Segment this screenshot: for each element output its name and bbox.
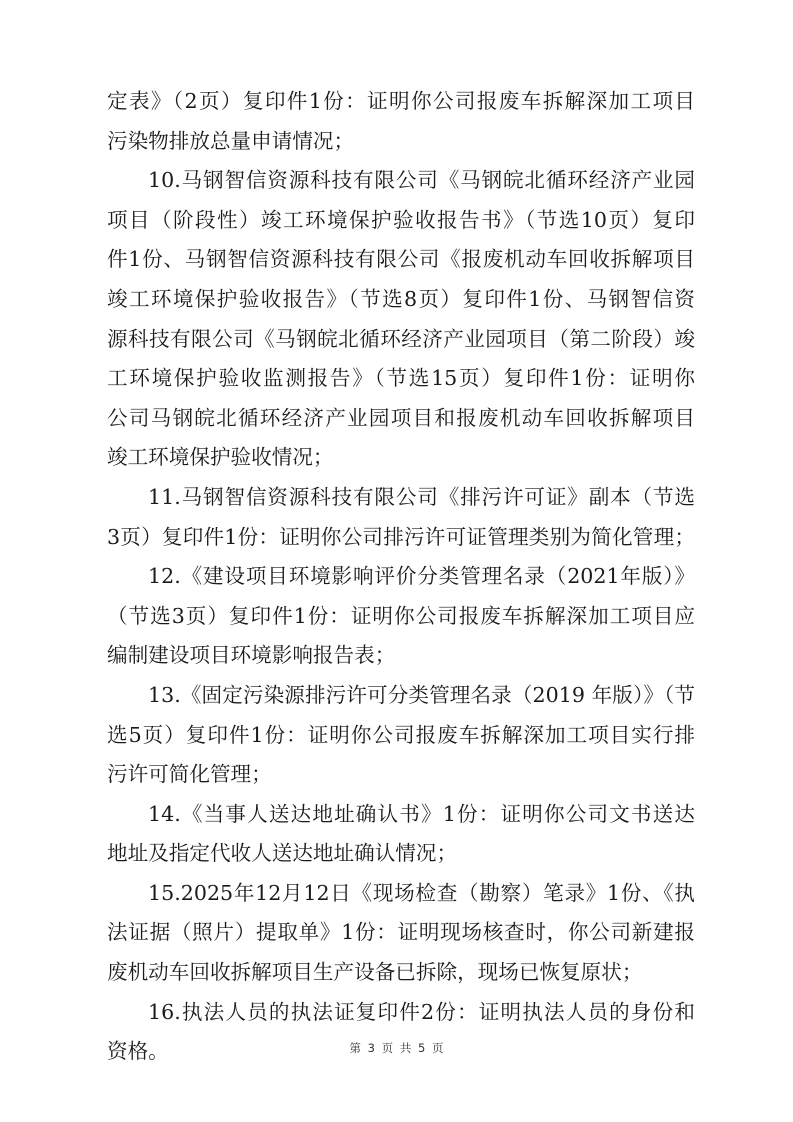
text-line: 污许可简化管理； <box>107 755 695 795</box>
text-line-item-13: 13.《固定污染源排污许可分类管理名录（2019 年版）》（节 <box>107 676 695 716</box>
text-line: 源科技有限公司《马钢皖北循环经济产业园项目（第二阶段）竣 <box>107 320 695 360</box>
document-body: 定表》（2页）复印件1份：证明你公司报废车拆解深加工项目 污染物排放总量申请情况… <box>107 82 695 1072</box>
text-line-item-14: 14.《当事人送达地址确认书》1份：证明你公司文书送达 <box>107 795 695 835</box>
text-line: 地址及指定代收人送达地址确认情况； <box>107 834 695 874</box>
page-number-footer: 第 3 页 共 5 页 <box>0 1040 793 1056</box>
text-line: 废机动车回收拆解项目生产设备已拆除，现场已恢复原状； <box>107 953 695 993</box>
text-line: 法证据（照片）提取单》1份：证明现场核查时，你公司新建报 <box>107 913 695 953</box>
text-line: （节选3页）复印件1份：证明你公司报废车拆解深加工项目应 <box>107 597 695 637</box>
text-line-item-15: 15.2025年12月12日《现场检查（勘察）笔录》1份、《执 <box>107 874 695 914</box>
text-line: 竣工环境保护验收情况； <box>107 438 695 478</box>
text-line: 工环境保护验收监测报告》（节选15页）复印件1份：证明你 <box>107 359 695 399</box>
text-line: 编制建设项目环境影响报告表； <box>107 636 695 676</box>
document-page: 定表》（2页）复印件1份：证明你公司报废车拆解深加工项目 污染物排放总量申请情况… <box>0 0 793 1122</box>
text-line: 3页）复印件1份：证明你公司排污许可证管理类别为简化管理； <box>107 518 695 558</box>
text-line: 公司马钢皖北循环经济产业园项目和报废机动车回收拆解项目 <box>107 399 695 439</box>
text-line: 件1份、马钢智信资源科技有限公司《报废机动车回收拆解项目 <box>107 240 695 280</box>
text-line-item-10: 10.马钢智信资源科技有限公司《马钢皖北循环经济产业园 <box>107 161 695 201</box>
text-line: 项目（阶段性）竣工环境保护验收报告书》（节选10页）复印 <box>107 201 695 241</box>
text-line: 选5页）复印件1份：证明你公司报废车拆解深加工项目实行排 <box>107 716 695 756</box>
text-line: 竣工环境保护验收报告》（节选8页）复印件1份、马钢智信资 <box>107 280 695 320</box>
text-line: 污染物排放总量申请情况； <box>107 122 695 162</box>
text-line-item-16: 16.执法人员的执法证复印件2份：证明执法人员的身份和 <box>107 993 695 1033</box>
text-line: 定表》（2页）复印件1份：证明你公司报废车拆解深加工项目 <box>107 82 695 122</box>
text-line-item-11: 11.马钢智信资源科技有限公司《排污许可证》副本（节选 <box>107 478 695 518</box>
text-line-item-12: 12.《建设项目环境影响评价分类管理名录（2021年版）》 <box>107 557 695 597</box>
